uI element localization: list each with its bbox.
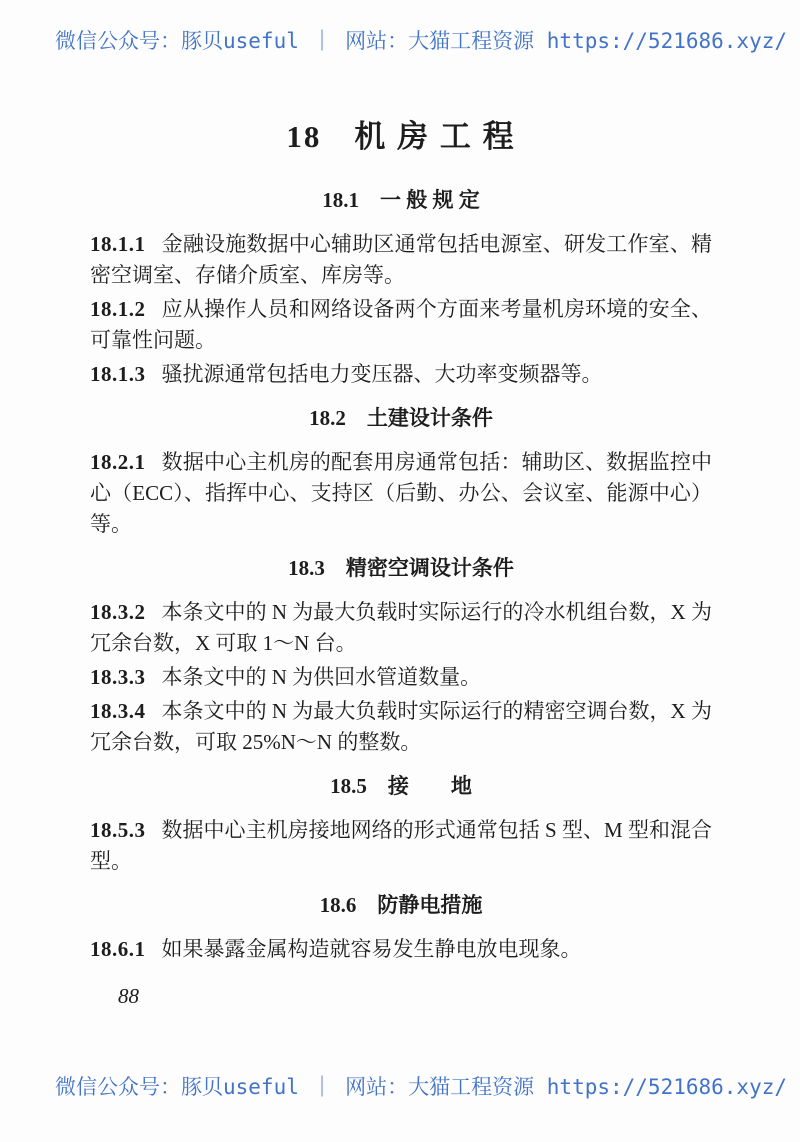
clause-text: 应从操作人员和网络设备两个方面来考量机房环境的安全、可靠性问题。 (90, 297, 712, 352)
clause-number: 18.1.2 (90, 297, 162, 321)
clause-text: 骚扰源通常包括电力变压器、大功率变频器等。 (162, 362, 603, 386)
clause-number: 18.2.1 (90, 450, 162, 474)
chapter-title: 18 机 房 工 程 (90, 116, 712, 158)
page-number: 88 (118, 983, 712, 1009)
clause-18-1-2: 18.1.2应从操作人员和网络设备两个方面来考量机房环境的安全、可靠性问题。 (90, 294, 712, 356)
section-heading-18-5: 18.5 接 地 (90, 772, 712, 801)
watermark-bottom: 微信公众号：豚贝useful ｜ 网站：大猫工程资源 https://52168… (55, 1074, 787, 1100)
clause-text: 如果暴露金属构造就容易发生静电放电现象。 (162, 937, 582, 961)
document-body: 18.1 一 般 规 定 18.1.1金融设施数据中心辅助区通常包括电源室、研发… (90, 186, 712, 1009)
clause-number: 18.6.1 (90, 937, 162, 961)
clause-text: 金融设施数据中心辅助区通常包括电源室、研发工作室、精密空调室、存储介质室、库房等… (90, 232, 712, 287)
clause-number: 18.1.1 (90, 232, 162, 256)
clause-18-3-4: 18.3.4本条文中的 N 为最大负载时实际运行的精密空调台数，X 为冗余台数，… (90, 696, 712, 758)
clause-number: 18.3.2 (90, 600, 162, 624)
section-heading-18-2: 18.2 土建设计条件 (90, 404, 712, 433)
watermark-top: 微信公众号：豚贝useful ｜ 网站：大猫工程资源 https://52168… (55, 28, 787, 54)
clause-text: 数据中心主机房的配套用房通常包括：辅助区、数据监控中心（ECC）、指挥中心、支持… (90, 450, 712, 536)
clause-number: 18.5.3 (90, 818, 162, 842)
clause-18-6-1: 18.6.1如果暴露金属构造就容易发生静电放电现象。 (90, 934, 712, 965)
clause-number: 18.3.4 (90, 699, 162, 723)
clause-18-5-3: 18.5.3数据中心主机房接地网络的形式通常包括 S 型、M 型和混合型。 (90, 815, 712, 877)
section-heading-18-6: 18.6 防静电措施 (90, 891, 712, 920)
clause-text: 数据中心主机房接地网络的形式通常包括 S 型、M 型和混合型。 (90, 818, 712, 873)
clause-number: 18.1.3 (90, 362, 162, 386)
clause-18-1-1: 18.1.1金融设施数据中心辅助区通常包括电源室、研发工作室、精密空调室、存储介… (90, 229, 712, 291)
clause-18-1-3: 18.1.3骚扰源通常包括电力变压器、大功率变频器等。 (90, 359, 712, 390)
clause-number: 18.3.3 (90, 665, 162, 689)
document-page: 微信公众号：豚贝useful ｜ 网站：大猫工程资源 https://52168… (0, 0, 800, 1142)
clause-18-3-3: 18.3.3本条文中的 N 为供回水管道数量。 (90, 662, 712, 693)
section-heading-18-1: 18.1 一 般 规 定 (90, 186, 712, 215)
section-heading-18-3: 18.3 精密空调设计条件 (90, 554, 712, 583)
clause-18-3-2: 18.3.2本条文中的 N 为最大负载时实际运行的冷水机组台数，X 为冗余台数，… (90, 597, 712, 659)
clause-text: 本条文中的 N 为最大负载时实际运行的冷水机组台数，X 为冗余台数，X 可取 1… (90, 600, 712, 655)
clause-text: 本条文中的 N 为最大负载时实际运行的精密空调台数，X 为冗余台数，可取 25%… (90, 699, 712, 754)
clause-text: 本条文中的 N 为供回水管道数量。 (162, 665, 482, 689)
clause-18-2-1: 18.2.1数据中心主机房的配套用房通常包括：辅助区、数据监控中心（ECC）、指… (90, 447, 712, 540)
